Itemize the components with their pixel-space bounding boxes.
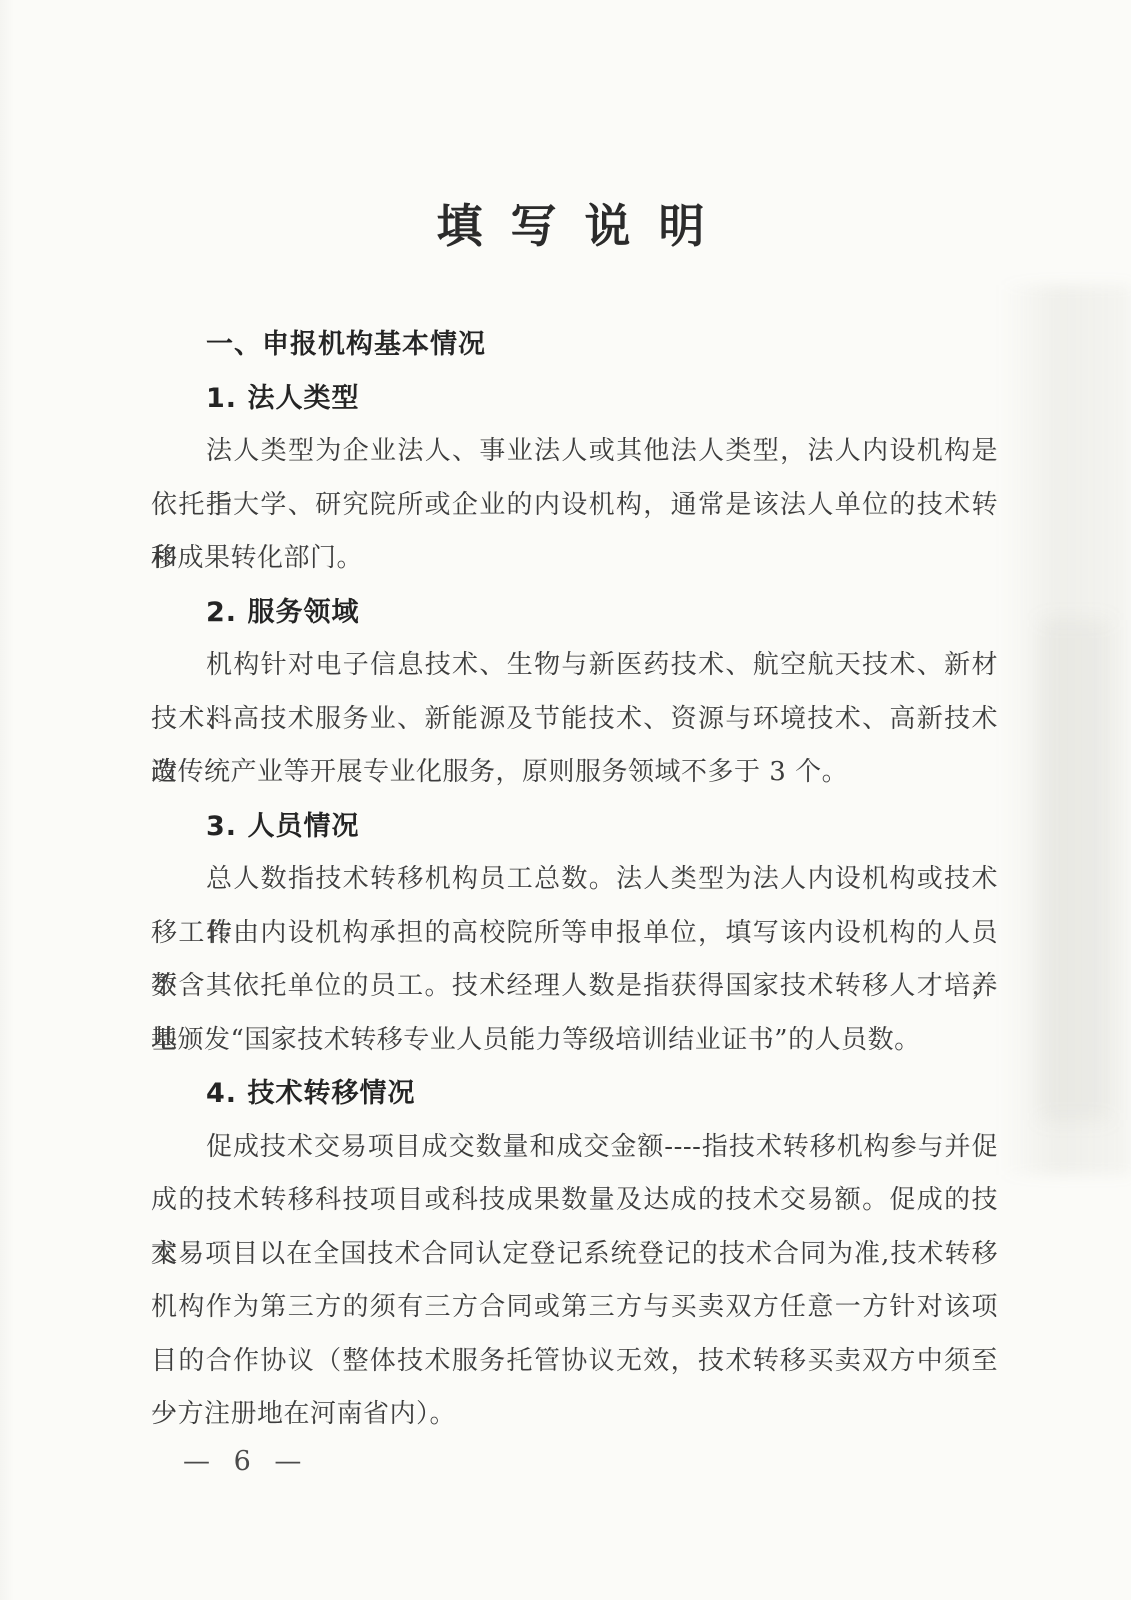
page-number: — 6 — — [183, 1446, 305, 1477]
item-2-heading: 2. 服务领域 — [151, 586, 998, 640]
paragraph-line: 造传统产业等开展专业化服务，原则服务领域不多于 3 个。 — [151, 746, 998, 800]
scan-shadow-right — [1000, 285, 1131, 1175]
paragraph-line: 不含其依托单位的员工。技术经理人数是指获得国家技术转移人才培养基 — [151, 960, 998, 1014]
paragraph-line: 地颁发“国家技术转移专业人员能力等级培训结业证书”的人员数。 — [151, 1014, 998, 1068]
paragraph-line: 和成果转化部门。 — [151, 532, 998, 586]
paragraph-line: 交易项目以在全国技术合同认定登记系统登记的技术合同为准,技术转移 — [151, 1228, 998, 1282]
paragraph-line: 成的技术转移科技项目或科技成果数量及达成的技术交易额。促成的技术 — [151, 1174, 998, 1228]
document-body: 一、申报机构基本情况 1. 法人类型 法人类型为企业法人、事业法人或其他法人类型… — [151, 318, 998, 1442]
paragraph-line: 机构针对电子信息技术、生物与新医药技术、航空航天技术、新材料 — [151, 639, 998, 693]
paragraph-line: 技术、高技术服务业、新能源及节能技术、资源与环境技术、高新技术改 — [151, 693, 998, 747]
page-title: 填 写 说 明 — [0, 200, 1131, 252]
paragraph-line: 机构作为第三方的须有三方合同或第三方与买卖双方任意一方针对该项 — [151, 1281, 998, 1335]
paragraph-line: 一方注册地在河南省内）。 — [151, 1388, 998, 1442]
paragraph-line: 法人类型为企业法人、事业法人或其他法人类型，法人内设机构是指 — [151, 425, 998, 479]
paragraph-line: 目的合作协议（整体技术服务托管协议无效，技术转移买卖双方中须至少 — [151, 1335, 998, 1389]
paragraph-line: 总人数指技术转移机构员工总数。法人类型为法人内设机构或技术转 — [151, 853, 998, 907]
item-1-heading: 1. 法人类型 — [151, 372, 998, 426]
paragraph-line: 促成技术交易项目成交数量和成交金额----指技术转移机构参与并促 — [151, 1121, 998, 1175]
item-3-heading: 3. 人员情况 — [151, 800, 998, 854]
paragraph-line: 移工作由内设机构承担的高校院所等申报单位，填写该内设机构的人员数， — [151, 907, 998, 961]
scan-shadow-right-patch — [1040, 620, 1110, 1120]
scanned-document-page: 填 写 说 明 一、申报机构基本情况 1. 法人类型 法人类型为企业法人、事业法… — [0, 0, 1131, 1600]
section-heading: 一、申报机构基本情况 — [151, 318, 998, 372]
item-4-heading: 4. 技术转移情况 — [151, 1067, 998, 1121]
paragraph-line: 依托于大学、研究院所或企业的内设机构，通常是该法人单位的技术转移 — [151, 479, 998, 533]
